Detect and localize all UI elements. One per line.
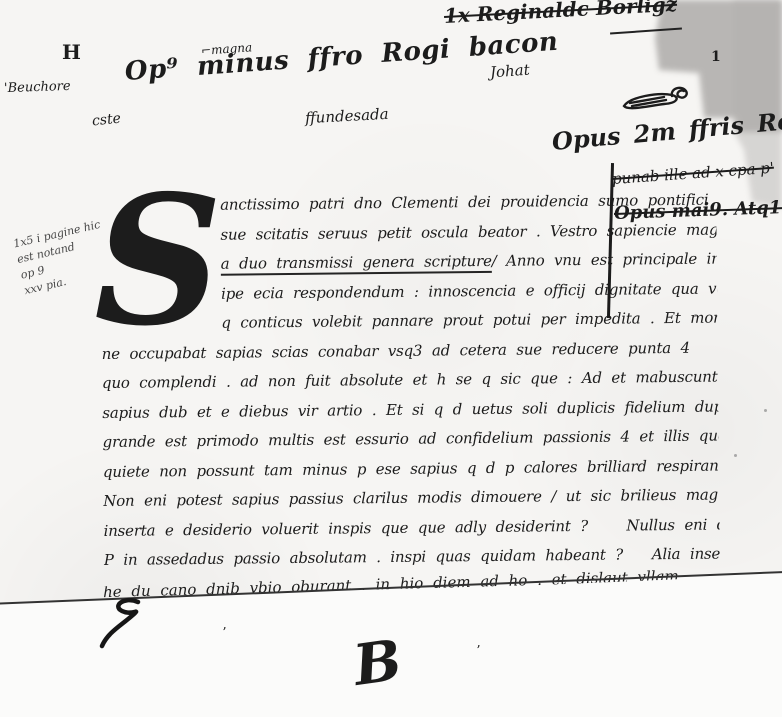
quire-signature-letter: B (350, 627, 406, 699)
ink-speck (734, 454, 737, 457)
owner-mark: 'Beuchore (4, 79, 71, 96)
pen-squiggle-mark (620, 84, 702, 118)
body-line-rest: / Anno vnu est principale in quo (492, 249, 717, 270)
monogram-mark: H (62, 40, 80, 64)
ink-speck (764, 409, 767, 412)
paraph-flourish-mark (94, 598, 156, 650)
manuscript-page: H 'Beuchore cste Op⁹ minus ffro Rogi bac… (0, 0, 782, 717)
stray-tick-mark: ʼ (476, 644, 480, 659)
stray-tick-mark: ʼ (222, 626, 226, 641)
small-tick-mark: 1 (711, 49, 721, 65)
name-annotation: Johat (489, 61, 530, 82)
insertion-word: magna (211, 40, 253, 57)
body-text-block: anctissimo patri dno Clementi dei prouid… (100, 186, 720, 576)
underlined-phrase: a duo transmissi genera scripture (221, 252, 492, 276)
ink-speck (694, 314, 697, 317)
shelf-mark: cste (91, 111, 121, 130)
